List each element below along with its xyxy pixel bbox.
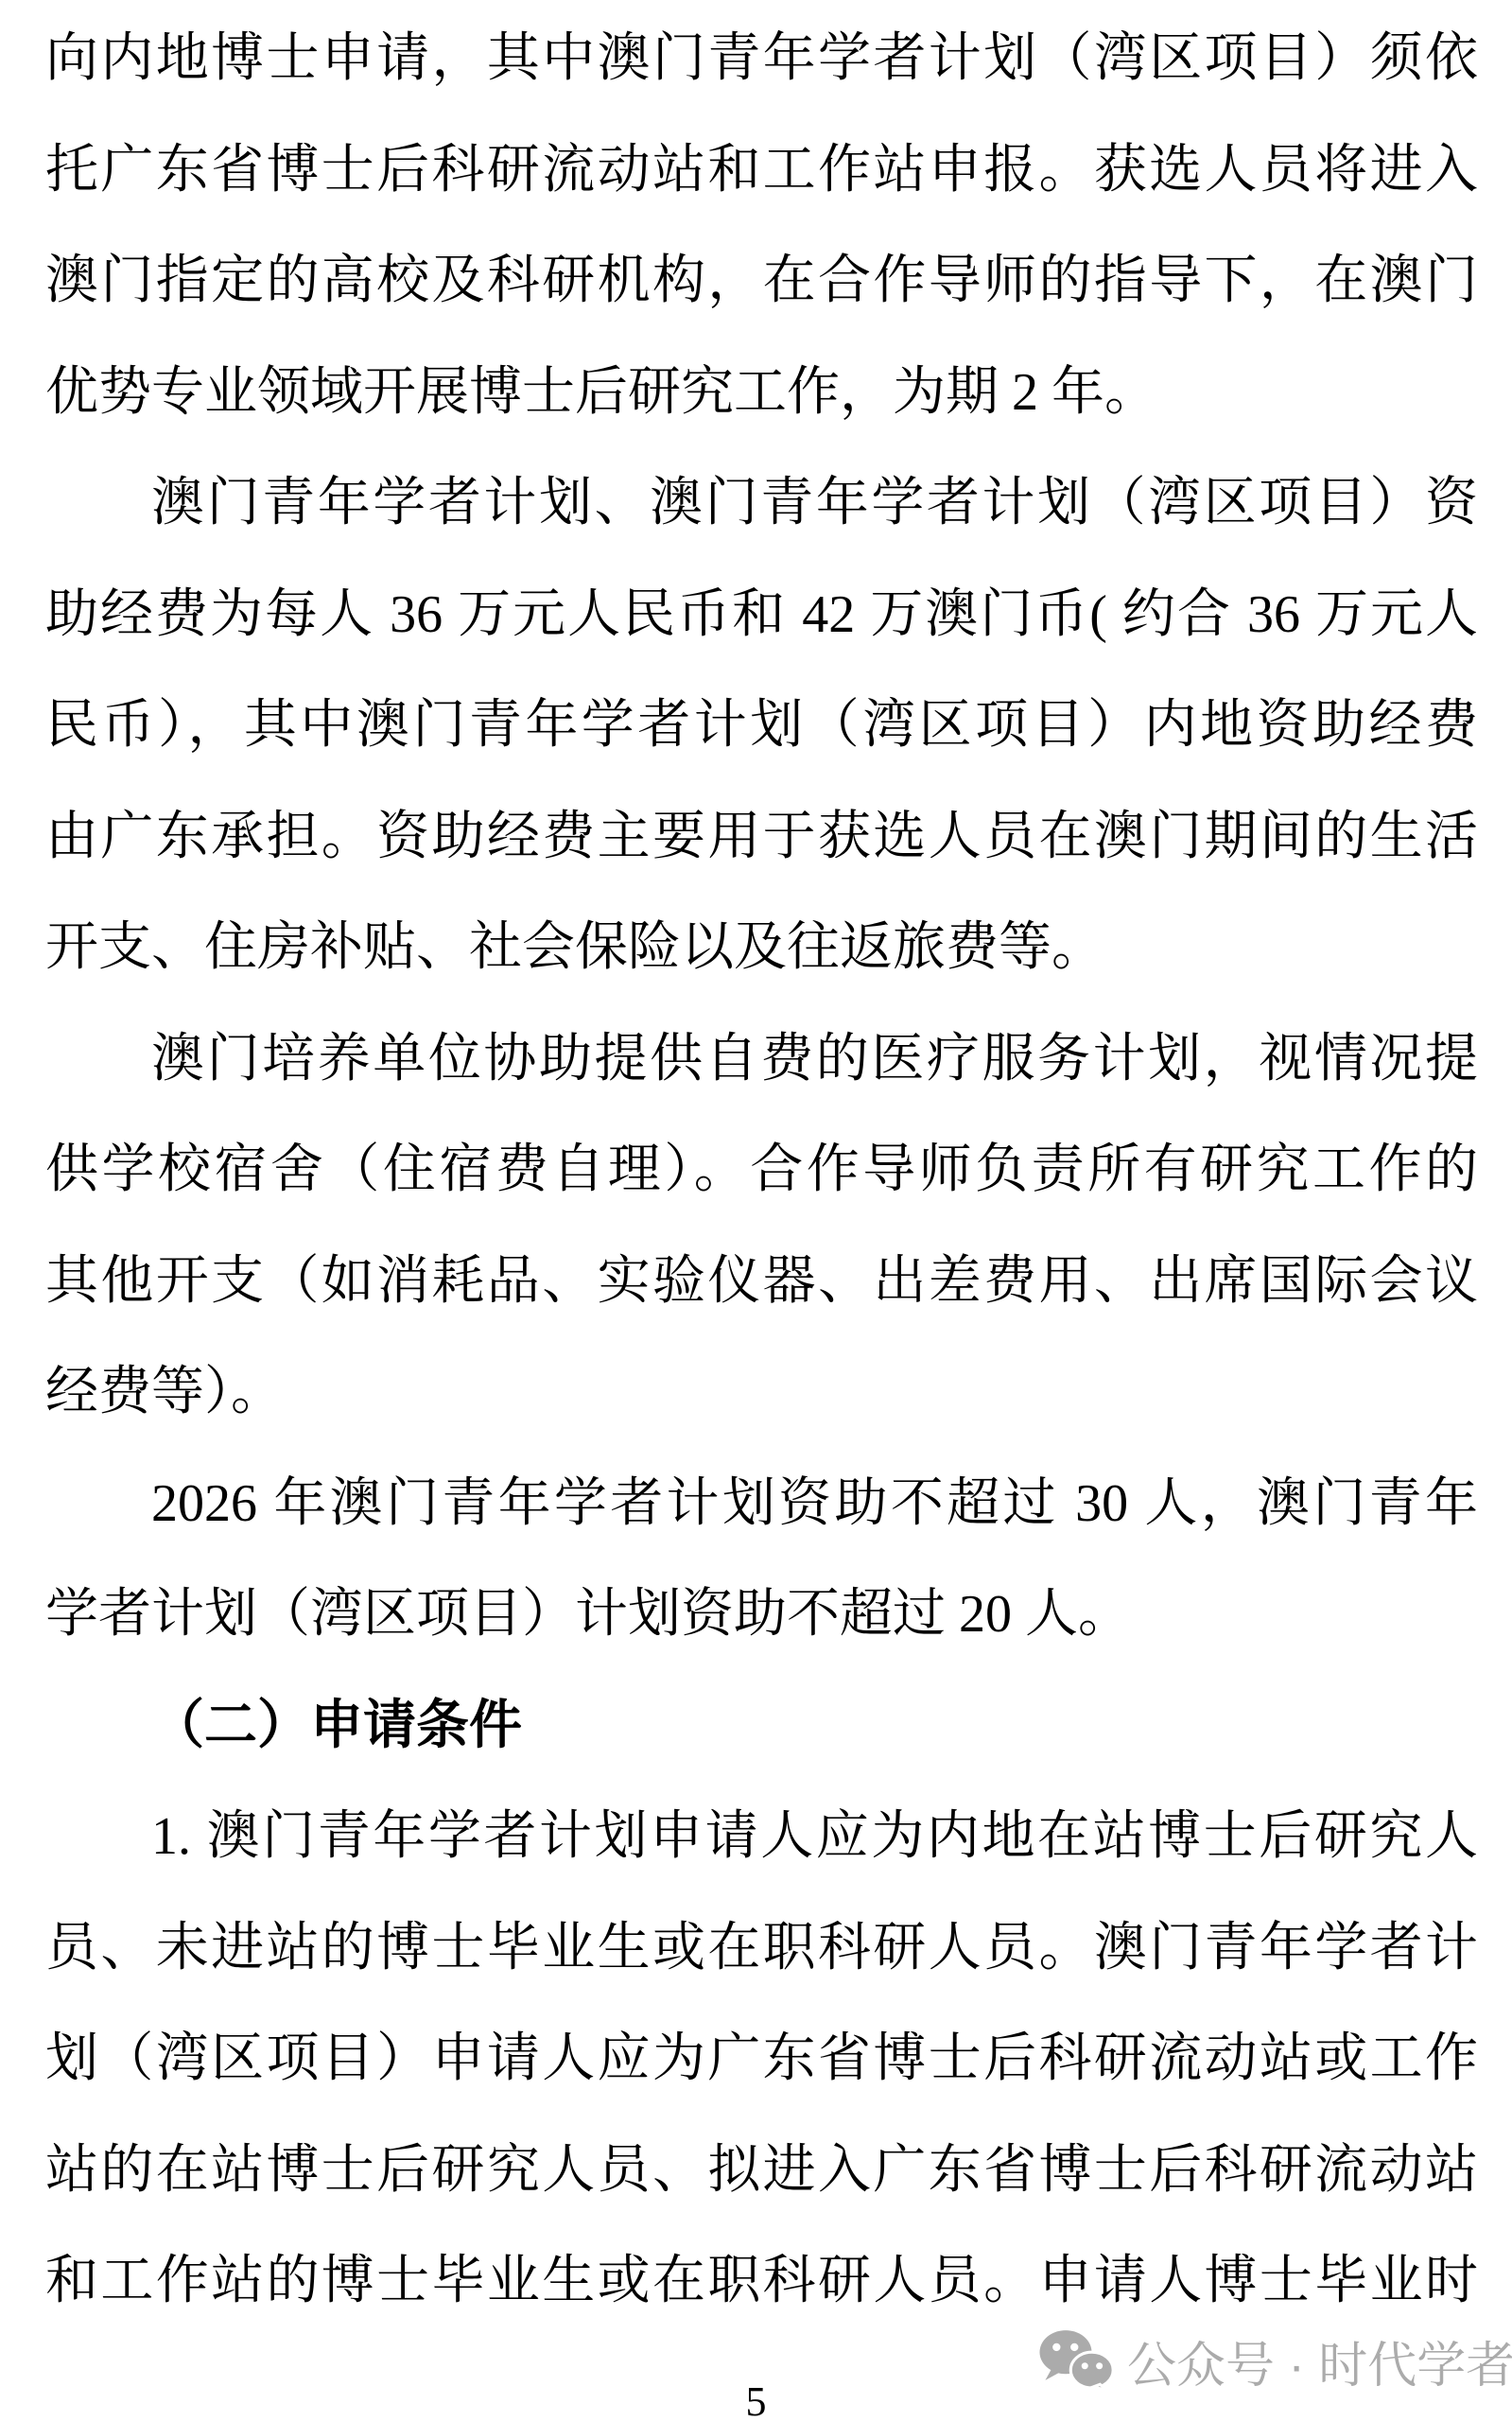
text-line-4: 优势专业领域开展博士后研究工作，为期 2 年。: [45, 338, 1478, 449]
text-line-19: 划（湾区项目）申请人应为广东省博士后科研流动站或工作: [45, 2004, 1478, 2116]
text-line-15: 学者计划（湾区项目）计划资助不超过 20 人。: [45, 1559, 1478, 1671]
text-line-11: 供学校宿舍（住宿费自理）。合作导师负责所有研究工作的: [45, 1115, 1478, 1227]
text-line-21: 和工作站的博士毕业生或在职科研人员。申请人博士毕业时: [45, 2226, 1478, 2338]
text-line-3: 澳门指定的高校及科研机构，在合作导师的指导下，在澳门: [45, 226, 1478, 338]
text-line-7: 民币），其中澳门青年学者计划（湾区项目）内地资助经费: [45, 671, 1478, 782]
text-line-12: 其他开支（如消耗品、实验仪器、出差费用、出席国际会议: [45, 1227, 1478, 1338]
document-page: 向内地博士申请，其中澳门青年学者计划（湾区项目）须依 托广东省博士后科研流动站和…: [0, 0, 1512, 2421]
text-line-2: 托广东省博士后科研流动站和工作站申报。获选人员将进入: [45, 115, 1478, 227]
section-heading: （二）申请条件: [45, 1671, 1478, 1783]
page-number: 5: [0, 2377, 1512, 2421]
text-line-20: 站的在站博士后研究人员、拟进入广东省博士后科研流动站: [45, 2116, 1478, 2227]
text-line-9: 开支、住房补贴、社会保险以及往返旅费等。: [45, 893, 1478, 1004]
text-line-6: 助经费为每人 36 万元人民币和 42 万澳门币( 约合 36 万元人: [45, 560, 1478, 671]
text-line-1: 向内地博士申请，其中澳门青年学者计划（湾区项目）须依: [45, 4, 1478, 115]
text-line-8: 由广东承担。资助经费主要用于获选人员在澳门期间的生活: [45, 782, 1478, 894]
text-line-17: 1. 澳门青年学者计划申请人应为内地在站博士后研究人: [45, 1782, 1478, 1893]
text-line-14: 2026 年澳门青年学者计划资助不超过 30 人，澳门青年: [45, 1449, 1478, 1560]
text-line-18: 员、未进站的博士毕业生或在职科研人员。澳门青年学者计: [45, 1893, 1478, 2005]
document-body: 向内地博士申请，其中澳门青年学者计划（湾区项目）须依 托广东省博士后科研流动站和…: [45, 4, 1478, 2338]
text-line-5: 澳门青年学者计划、澳门青年学者计划（湾区项目）资: [45, 448, 1478, 560]
text-line-10: 澳门培养单位协助提供自费的医疗服务计划，视情况提: [45, 1004, 1478, 1116]
text-line-13: 经费等）。: [45, 1337, 1478, 1449]
